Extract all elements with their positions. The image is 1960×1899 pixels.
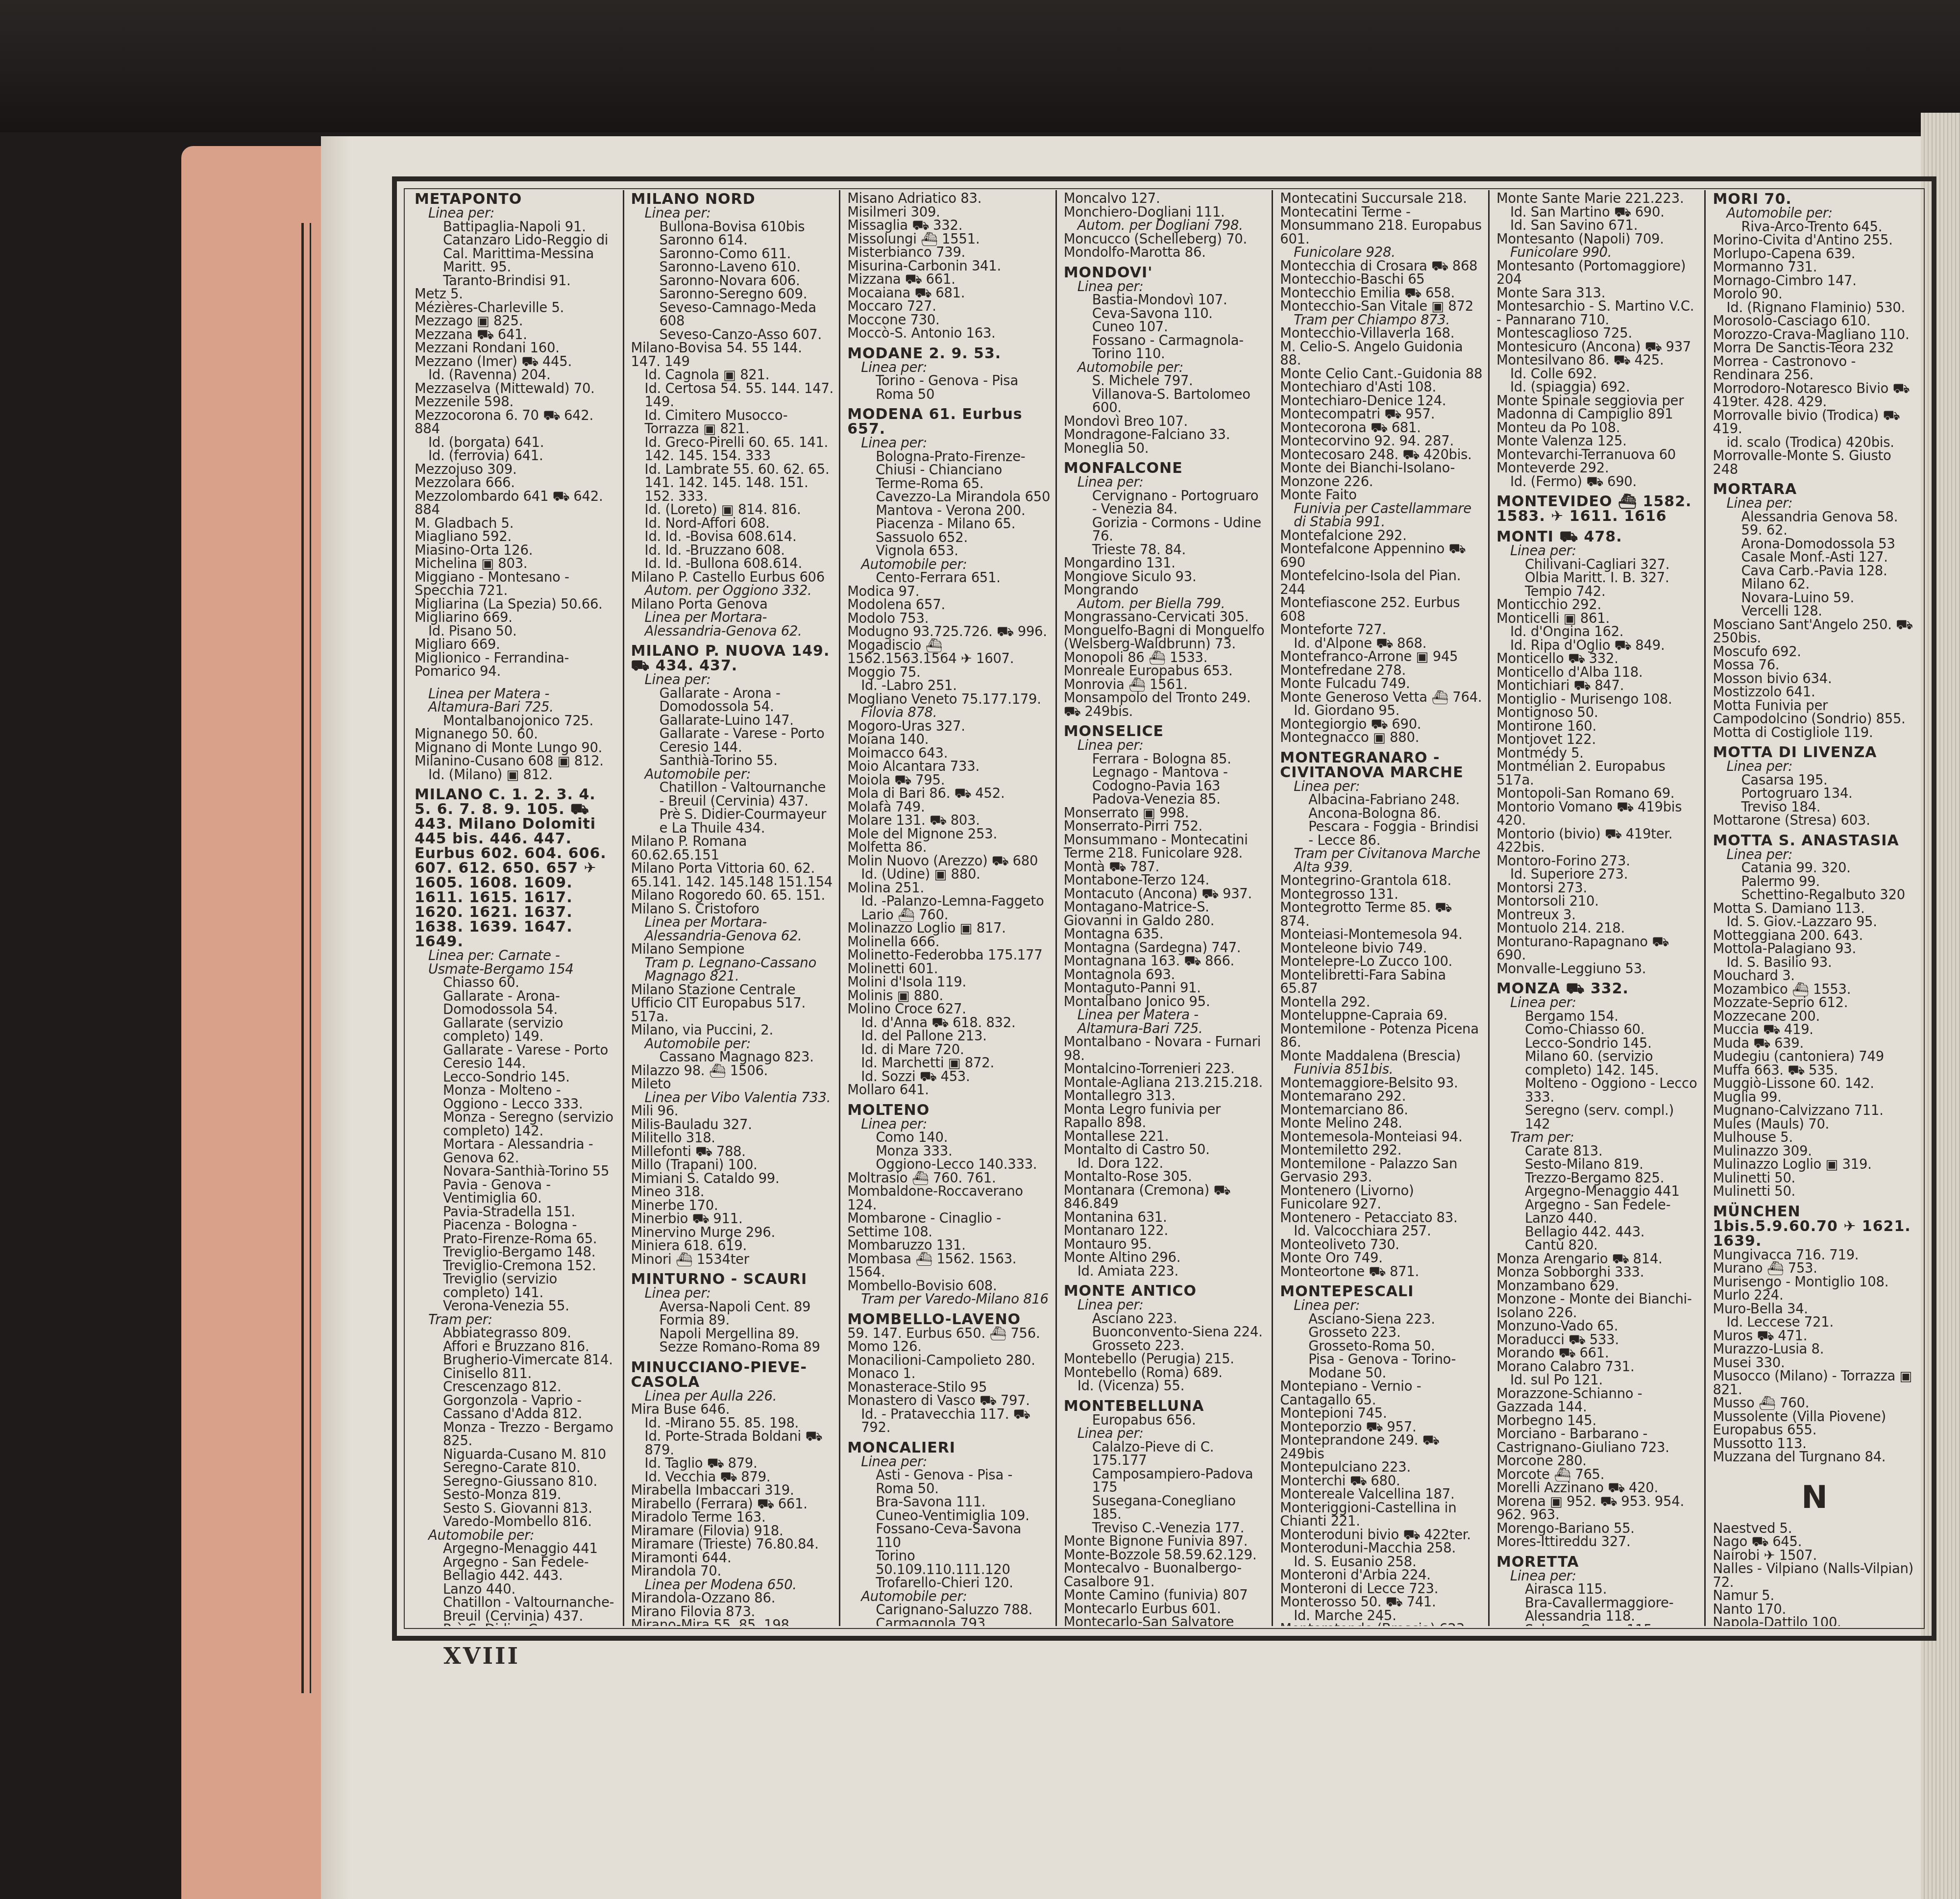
- station-entry: Miramare (Filovia) 918.: [631, 1525, 834, 1538]
- station-entry: Misilmeri 309.: [847, 206, 1051, 220]
- station-entry: Monte Fulcadu 749.: [1280, 677, 1483, 691]
- station-entry: Milano Sempione: [631, 943, 834, 957]
- station-entry: Mezzocorona 6. 70 ⛟ 642. 884: [415, 409, 618, 436]
- station-entry: Monte Sara 313.: [1496, 287, 1700, 300]
- station-entry: Montemilone - Palazzo San Gervasio 293.: [1280, 1158, 1483, 1184]
- station-entry: Montepioni 745.: [1280, 1407, 1483, 1421]
- station-entry: Montalto di Castro 50.: [1064, 1143, 1267, 1157]
- line-label: Automobile per:: [631, 1037, 834, 1051]
- station-entry: Muglia 99.: [1713, 1091, 1916, 1105]
- station-entry: Montirone 160.: [1496, 720, 1700, 734]
- station-entry: Monastero di Vasco ⛟ 797.: [847, 1394, 1051, 1408]
- station-entry: Mulinetti 50.: [1713, 1185, 1916, 1199]
- station-entry: Montopoli-San Romano 69.: [1496, 787, 1700, 801]
- station-entry: Molfetta 86.: [847, 841, 1051, 855]
- station-entry: Montemaggiore-Belsito 93.: [1280, 1077, 1483, 1090]
- station-entry: Monasterace-Stilo 95: [847, 1381, 1051, 1395]
- line-label: Linea per:: [1713, 760, 1916, 774]
- station-entry: Monsampolo del Tronto 249. ⛟ 249bis.: [1064, 691, 1267, 718]
- destination-entry: Treviglio (servizio completo) 141.: [415, 1273, 618, 1300]
- station-heading: MILANO NORD: [631, 192, 834, 207]
- id-subentry: Id. (Udine) ▣ 880.: [847, 868, 1051, 882]
- station-entry: Mirandola-Ozzano 86.: [631, 1592, 834, 1605]
- station-entry: Monvalle-Leggiuno 53.: [1496, 962, 1700, 976]
- station-entry: Mosciano Sant'Angelo 250. ⛟ 250bis.: [1713, 618, 1916, 645]
- station-entry: Militello 318.: [631, 1132, 834, 1145]
- id-subentry: Id. Certosa 54. 55. 144. 147. 149.: [631, 382, 834, 409]
- station-entry: Montemarano 292.: [1280, 1090, 1483, 1104]
- station-entry: Montanara (Cremona) ⛟ 846.849: [1064, 1184, 1267, 1211]
- destination-entry: Gallarate - Arona - Domodossola 54.: [631, 687, 834, 714]
- station-entry: Montecompatri ⛟ 957.: [1280, 408, 1483, 421]
- station-entry: Montesarchio - S. Martino V.C. - Pannara…: [1496, 300, 1700, 327]
- id-subentry: Id. Giordano 95.: [1280, 704, 1483, 718]
- station-entry: Muggiò-Lissone 60. 142.: [1713, 1077, 1916, 1091]
- line-label: Tram per:: [415, 1313, 618, 1327]
- station-entry: Molinis ▣ 880.: [847, 989, 1051, 1003]
- id-subentry: Id. -Palanzo-Lemna-Faggeto Lario ⛴ 760.: [847, 895, 1051, 922]
- id-subentry: id. scalo (Trodica) 420bis.: [1713, 436, 1916, 450]
- station-heading: MONFALCONE: [1064, 461, 1267, 476]
- station-entry: Miagliano 592.: [415, 530, 618, 544]
- station-entry: Monzambano 629.: [1496, 1280, 1700, 1293]
- line-label: Linea per Mortara-Alessandria-Genova 62.: [631, 611, 834, 638]
- id-subentry: Id. Id. -Bruzzano 608.: [631, 544, 834, 558]
- station-entry: Minerbe 170.: [631, 1199, 834, 1213]
- line-label: Linea per Matera - Altamura-Bari 725.: [415, 688, 618, 715]
- destination-entry: Saronno-Seregno 609.: [631, 288, 834, 301]
- station-entry: Montelepre-Lo Zucco 100.: [1280, 955, 1483, 969]
- station-entry: Mirano Filovia 873.: [631, 1605, 834, 1619]
- station-entry: Milano Stazione Centrale Ufficio CIT Eur…: [631, 984, 834, 1024]
- station-entry: Mezzago ▣ 825.: [415, 315, 618, 328]
- destination-entry: Abbiategrasso 809.: [415, 1327, 618, 1340]
- station-entry: Montemarciano 86.: [1280, 1104, 1483, 1117]
- line-label: Tram per:: [1496, 1131, 1700, 1145]
- station-entry: Monreale Europabus 653.: [1064, 665, 1267, 678]
- station-heading: MOLTENO: [847, 1103, 1051, 1118]
- line-label: Linea per:: [1064, 1299, 1267, 1312]
- station-entry: Misterbianco 739.: [847, 246, 1051, 260]
- id-subentry: Id. di Mare 720.: [847, 1043, 1051, 1057]
- line-label: Autom. per Oggiono 332.: [631, 584, 834, 598]
- destination-entry: Grosseto 223.: [1064, 1339, 1267, 1353]
- station-entry: Morcone 280.: [1496, 1455, 1700, 1468]
- destination-entry: Bergamo 154.: [1496, 1010, 1700, 1024]
- station-entry: Monzuno-Vado 65.: [1496, 1320, 1700, 1333]
- station-entry: Misurina-Carbonin 341.: [847, 260, 1051, 273]
- station-entry: Mole del Mignone 253.: [847, 828, 1051, 841]
- station-entry: Montoro-Forino 273.: [1496, 855, 1700, 868]
- destination-entry: Seregno (serv. compl.) 142: [1496, 1104, 1700, 1131]
- station-entry: Monterotondo (Brescia) 623: [1280, 1623, 1483, 1626]
- station-entry: Montesanto (Napoli) 709.: [1496, 233, 1700, 247]
- destination-entry: Monza - Trezzo - Bergamo 825.: [415, 1421, 618, 1448]
- station-entry: Mimiani S. Cataldo 99.: [631, 1172, 834, 1186]
- station-entry: Mollaro 641.: [847, 1084, 1051, 1097]
- station-entry: Monte Altino 296.: [1064, 1251, 1267, 1265]
- destination-entry: Grosseto-Roma 50.: [1280, 1340, 1483, 1354]
- station-entry: Montefalcione 292.: [1280, 529, 1483, 543]
- id-subentry: Id. (spiaggia) 692.: [1496, 381, 1700, 395]
- station-entry: Moltrasio ⛴ 760. 761.: [847, 1172, 1051, 1185]
- station-entry: Montanina 631.: [1064, 1211, 1267, 1225]
- destination-entry: Aversa-Napoli Cent. 89: [631, 1301, 834, 1314]
- index-columns: METAPONTOLinea per:Battipaglia-Napoli 91…: [408, 190, 1921, 1626]
- destination-entry: Catanzaro Lido-Reggio di Cal. Marittima-…: [415, 234, 618, 274]
- station-entry: Morosolo-Casciago 610.: [1713, 315, 1916, 328]
- id-subentry: Id. sul Po 121.: [1496, 1374, 1700, 1387]
- column-1: METAPONTOLinea per:Battipaglia-Napoli 91…: [408, 190, 624, 1626]
- station-entry: Monte Generoso Vetta ⛴ 764.: [1280, 691, 1483, 705]
- station-entry: Montagano-Matrice-S. Giovanni in Galdo 2…: [1064, 901, 1267, 928]
- station-entry: Montechiaro-Denice 124.: [1280, 395, 1483, 408]
- destination-entry: Carmagnola 793.: [847, 1617, 1051, 1627]
- station-entry: Molino Croce 627.: [847, 1003, 1051, 1016]
- station-entry: Monte Camino (funivia) 807: [1064, 1589, 1267, 1603]
- destination-entry: Chiasso 60.: [415, 976, 618, 990]
- destination-entry: Gorgonzola - Vaprio - Cassano d'Adda 812…: [415, 1394, 618, 1421]
- id-subentry: Id. San Savino 671.: [1496, 219, 1700, 233]
- station-heading: MINTURNO - SCAURI: [631, 1272, 834, 1287]
- station-entry: Monteleone bivio 749.: [1280, 942, 1483, 956]
- id-subentry: Id. (ferrovia) 641.: [415, 449, 618, 463]
- station-entry: Mulhouse 5.: [1713, 1131, 1916, 1145]
- line-label: Linea per:: [847, 1455, 1051, 1469]
- destination-entry: Susegana-Conegliano 185.: [1064, 1495, 1267, 1522]
- station-entry: Montecorona ⛟ 681.: [1280, 421, 1483, 435]
- destination-entry: Cavezzo-La Mirandola 650: [847, 491, 1051, 504]
- id-subentry: Id. -Labro 251.: [847, 679, 1051, 693]
- destination-entry: Trieste 78. 84.: [1064, 543, 1267, 557]
- station-entry: Morciano - Barbarano - Castrignano-Giuli…: [1496, 1428, 1700, 1455]
- id-subentry: Id. Greco-Pirelli 60. 65. 141. 142. 145.…: [631, 436, 834, 463]
- id-subentry: Id. S. Eusanio 258.: [1280, 1555, 1483, 1569]
- station-entry: Mulinetti 50.: [1713, 1172, 1916, 1185]
- station-entry: Modugno 93.725.726. ⛟ 996.: [847, 625, 1051, 639]
- station-entry: Motta di Costigliole 119.: [1713, 726, 1916, 740]
- station-entry: Montà ⛟ 787.: [1064, 861, 1267, 874]
- index-table-frame: METAPONTOLinea per:Battipaglia-Napoli 91…: [392, 176, 1936, 1641]
- destination-entry: Trofarello-Chieri 120.: [847, 1577, 1051, 1590]
- station-entry: Milano Rogoredo 60. 65. 151.: [631, 889, 834, 903]
- station-entry: Montecchio-Villaverla 168.: [1280, 327, 1483, 341]
- station-entry: Morozzo-Crava-Magliano 110.: [1713, 328, 1916, 342]
- destination-entry: Airasca 115.: [1496, 1583, 1700, 1597]
- station-entry: Monteu da Po 108.: [1496, 421, 1700, 435]
- station-entry: Montichiari ⛟ 847.: [1496, 679, 1700, 693]
- line-label: Linea per Mortara-Alessandria-Genova 62.: [631, 916, 834, 943]
- station-entry: Monte Melino 248.: [1280, 1117, 1483, 1131]
- station-entry: Montecchio-Baschi 65: [1280, 273, 1483, 287]
- station-entry: Montebello (Roma) 689.: [1064, 1366, 1267, 1380]
- destination-entry: Camposampiero-Padova 175: [1064, 1468, 1267, 1495]
- line-label: Linea per Aulla 226.: [631, 1390, 834, 1404]
- station-entry: Monrovia ⛴ 1561.: [1064, 678, 1267, 692]
- destination-entry: Cuneo-Ventimiglia 109.: [847, 1509, 1051, 1523]
- destination-entry: Molteno - Oggiono - Lecco 333.: [1496, 1077, 1700, 1104]
- station-entry: Michelina ▣ 803.: [415, 557, 618, 571]
- line-label: Autom. per Dogliani 798.: [1064, 219, 1267, 233]
- station-entry: Morlupo-Capena 639.: [1713, 247, 1916, 261]
- station-entry: Mozzecane 200.: [1713, 1010, 1916, 1024]
- station-entry: Moccaro 727.: [847, 300, 1051, 314]
- destination-entry: Monza - Seregno (servizio completo) 142.: [415, 1111, 618, 1138]
- station-heading: MORTARA: [1713, 482, 1916, 497]
- station-entry: Montorsi 273.: [1496, 882, 1700, 895]
- station-entry: Mulinazzo Loglio ▣ 319.: [1713, 1158, 1916, 1172]
- destination-entry: Olbia Maritt. I. B. 327.: [1496, 571, 1700, 585]
- station-entry: Monticello d'Alba 118.: [1496, 666, 1700, 680]
- destination-entry: Sassuolo 652.: [847, 531, 1051, 545]
- station-entry: Montauro 95.: [1064, 1238, 1267, 1252]
- destination-entry: Taranto-Brindisi 91.: [415, 274, 618, 288]
- line-label: Funivia 851bis.: [1280, 1063, 1483, 1077]
- station-entry: Morrea - Castronovo - Rendinara 256.: [1713, 355, 1916, 382]
- station-entry: Mormanno 731.: [1713, 261, 1916, 274]
- station-entry: Mondovì Breo 107.: [1064, 415, 1267, 429]
- station-entry: Montabone-Terzo 124.: [1064, 874, 1267, 888]
- destination-entry: Niguarda-Cusano M. 810: [415, 1448, 618, 1462]
- destination-entry: Formia 89.: [631, 1314, 834, 1328]
- station-entry: Montagnola 693.: [1064, 968, 1267, 982]
- id-subentry: Id. Ripa d'Oglio ⛟ 849.: [1496, 639, 1700, 653]
- station-entry: Montecchio Emilia ⛟ 658.: [1280, 287, 1483, 300]
- station-entry: Mezzani Rondani 160.: [415, 342, 618, 355]
- station-entry: Montaguto-Panni 91.: [1064, 982, 1267, 995]
- destination-entry: Grosseto 223.: [1280, 1326, 1483, 1340]
- station-entry: Mostizzolo 641.: [1713, 686, 1916, 699]
- station-entry: Molina 251.: [847, 882, 1051, 895]
- station-entry: Molafà 749.: [847, 801, 1051, 814]
- destination-entry: Carate 813.: [1496, 1145, 1700, 1159]
- id-subentry: Id. (Fermo) ⛟ 690.: [1496, 475, 1700, 489]
- station-entry: Morrovalle-Monte S. Giusto 248: [1713, 449, 1916, 476]
- station-heading: MONZA ⛟ 332.: [1496, 982, 1700, 996]
- destination-entry: Crescenzago 812.: [415, 1381, 618, 1394]
- line-label: Linea per:: [1280, 780, 1483, 794]
- station-entry: Montalto-Rose 305.: [1064, 1170, 1267, 1184]
- station-entry: Monteroni d'Arbia 224.: [1280, 1569, 1483, 1582]
- destination-entry: Treviglio-Cremona 152.: [415, 1259, 618, 1273]
- id-subentry: Id. -Mirano 55. 85. 198.: [631, 1417, 834, 1430]
- station-entry: Moscufo 692.: [1713, 645, 1916, 659]
- station-entry: Morrodoro-Notaresco Bivio ⛟ 419ter. 428.…: [1713, 382, 1916, 409]
- id-subentry: Id. Porte-Strada Boldani ⛟ 879.: [631, 1430, 834, 1457]
- line-label: Linea per Vibo Valentia 733.: [631, 1091, 834, 1105]
- station-entry: Mineo 318.: [631, 1185, 834, 1199]
- station-entry: Mili 96.: [631, 1105, 834, 1118]
- station-entry: Murano ⛴ 753.: [1713, 1262, 1916, 1276]
- dark-background: [0, 0, 1960, 132]
- station-entry: Milis-Bauladu 327.: [631, 1118, 834, 1132]
- destination-entry: Lanzo 440.: [415, 1583, 618, 1597]
- station-heading: MONCALIERI: [847, 1441, 1051, 1455]
- station-entry: Montenero (Livorno) Funicolare 927.: [1280, 1184, 1483, 1211]
- destination-entry: Villanova-S. Bartolomeo 600.: [1064, 388, 1267, 415]
- station-entry: Montefelcino-Isola del Pian. 244: [1280, 569, 1483, 596]
- page-gutter-shadow: [321, 136, 350, 1899]
- station-entry: Mombello-Bovisio 608.: [847, 1280, 1051, 1293]
- station-entry: Monteroduni-Macchia 258.: [1280, 1542, 1483, 1555]
- station-entry: Montecalvo - Buonalbergo-Casalbore 91.: [1064, 1562, 1267, 1589]
- destination-entry: Riva-Arco-Trento 645.: [1713, 221, 1916, 234]
- station-entry: Monte Valenza 125.: [1496, 435, 1700, 448]
- cover-border-rule: [301, 223, 311, 1693]
- line-label: Funicolare 928.: [1280, 246, 1483, 260]
- id-subentry: Id. d'Anna ⛟ 618. 832.: [847, 1016, 1051, 1030]
- destination-entry: Bellagio 442. 443.: [1496, 1226, 1700, 1239]
- station-entry: Monte-Bozzole 58.59.62.129.: [1064, 1549, 1267, 1562]
- destination-entry: Saronno-Como 611.: [631, 247, 834, 261]
- destination-entry: Cassano Magnago 823.: [631, 1051, 834, 1064]
- station-entry: Monza Sobborghi 333.: [1496, 1266, 1700, 1280]
- id-subentry: Id. del Pallone 213.: [847, 1030, 1051, 1043]
- station-entry: Moio Alcantara 733.: [847, 760, 1051, 774]
- destination-entry: Milano 62.: [1713, 578, 1916, 592]
- station-entry: Monteiasi-Montemesola 94.: [1280, 928, 1483, 942]
- station-entry: Moimacco 643.: [847, 747, 1051, 761]
- station-entry: Monsummano - Montecatini Terme 218. Funi…: [1064, 834, 1267, 861]
- destination-entry: Treviso 184.: [1713, 801, 1916, 814]
- station-entry: Monza Arengario ⛟ 814.: [1496, 1253, 1700, 1266]
- station-entry: Mozambico ⛴ 1553.: [1713, 983, 1916, 997]
- line-label: Automobile per:: [415, 1529, 618, 1543]
- station-entry: Montallese 221.: [1064, 1130, 1267, 1144]
- station-entry: Miniera 618. 619.: [631, 1239, 834, 1253]
- station-entry: Montagna (Sardegna) 747.: [1064, 941, 1267, 955]
- station-entry: Mores-Ittireddu 327.: [1496, 1535, 1700, 1549]
- station-entry: Montegiorgio ⛟ 690.: [1280, 718, 1483, 732]
- destination-entry: Sesto-Monza 819.: [415, 1488, 618, 1502]
- destination-entry: Pisa - Genova - Torino-Modane 50.: [1280, 1353, 1483, 1380]
- station-entry: Milano S. Cristoforo: [631, 903, 834, 916]
- destination-entry: Milano 60. (servizio completo) 142. 145.: [1496, 1050, 1700, 1077]
- destination-entry: Como 140.: [847, 1131, 1051, 1145]
- station-entry: Montuolo 214. 218.: [1496, 922, 1700, 936]
- destination-entry: Verona-Venezia 55.: [415, 1300, 618, 1313]
- column-3: Misano Adriatico 83.Misilmeri 309.Missag…: [840, 190, 1057, 1626]
- station-entry: Mossa 76.: [1713, 659, 1916, 672]
- station-entry: Molini d'Isola 119.: [847, 976, 1051, 989]
- station-entry: Milano, via Puccini, 2.: [631, 1024, 834, 1037]
- station-entry: Monteforte 727.: [1280, 623, 1483, 637]
- id-subentry: Id. Leccese 721.: [1713, 1316, 1916, 1330]
- station-entry: Montefranco-Arrone ▣ 945: [1280, 650, 1483, 664]
- destination-entry: Ancona-Bologna 86.: [1280, 807, 1483, 821]
- station-entry: Murazzo-Lusia 8.: [1713, 1343, 1916, 1356]
- destination-entry: Battipaglia-Napoli 91.: [415, 221, 618, 234]
- destination-entry: Treviglio-Bergamo 148.: [415, 1246, 618, 1259]
- destination-entry: Affori e Bruzzano 816.: [415, 1340, 618, 1354]
- destination-entry: Ceva-Savona 110.: [1064, 307, 1267, 321]
- station-entry: Moneglia 50.: [1064, 442, 1267, 456]
- station-entry: Miasino-Orta 126.: [415, 544, 618, 558]
- destination-entry: Sezze Romano-Roma 89: [631, 1341, 834, 1355]
- column-2: MILANO NORDLinea per:Bullona-Bovisa 610b…: [624, 190, 841, 1626]
- station-entry: Minervino Murge 296.: [631, 1226, 834, 1240]
- station-entry: Minori ⛴ 1534ter: [631, 1253, 834, 1267]
- destination-entry: Cava Carb.-Pavia 128.: [1713, 565, 1916, 578]
- station-heading: MONTI ⛟ 478.: [1496, 530, 1700, 544]
- station-entry: Milanino-Cusano 608 ▣ 812.: [415, 755, 618, 768]
- station-entry: Mirabella Imbaccari 319.: [631, 1484, 834, 1498]
- column-7: MORI 70.Automobile per:Riva-Arco-Trento …: [1706, 190, 1921, 1626]
- station-entry: Montreux 3.: [1496, 909, 1700, 922]
- station-entry: Moncucco (Schelleberg) 70.: [1064, 233, 1267, 247]
- station-entry: Mongrando: [1064, 584, 1267, 597]
- station-entry: Misano Adriatico 83.: [847, 192, 1051, 206]
- destination-entry: Cinisello 811.: [415, 1367, 618, 1381]
- station-entry: Montereale Valcellina 187.: [1280, 1488, 1483, 1502]
- destination-entry: Seregno-Giussano 810.: [415, 1475, 618, 1489]
- station-entry: Mola di Bari 86. ⛟ 452.: [847, 787, 1051, 801]
- station-entry: Monte Sante Marie 221.223.: [1496, 192, 1700, 206]
- destination-entry: Cantù 820.: [1496, 1239, 1700, 1253]
- destination-entry: Piacenza - Bologna - Prato-Firenze-Roma …: [415, 1219, 618, 1246]
- station-entry: Monteoliveto 730.: [1280, 1238, 1483, 1252]
- station-entry: Morino-Civita d'Antino 255.: [1713, 234, 1916, 247]
- station-entry: Monguelfo-Bagni di Monguelfo (Welsberg-W…: [1064, 624, 1267, 651]
- line-label: Tram per Varedo-Milano 816: [847, 1293, 1051, 1307]
- id-subentry: Id. d'Alpone ⛟ 868.: [1280, 637, 1483, 651]
- station-entry: Monteortone ⛟ 871.: [1280, 1265, 1483, 1279]
- destination-entry: Torino 50.109.110.111.120: [847, 1550, 1051, 1577]
- station-entry: Muzzana del Turgnano 84.: [1713, 1451, 1916, 1464]
- destination-entry: Novara-Luino 59.: [1713, 592, 1916, 605]
- line-label: Linea per Matera - Altamura-Bari 725.: [1064, 1009, 1267, 1036]
- station-entry: Monterchi ⛟ 680.: [1280, 1475, 1483, 1488]
- station-entry: Mugnano-Calvizzano 711.: [1713, 1104, 1916, 1118]
- station-entry: Mogliano Veneto 75.177.179.: [847, 693, 1051, 707]
- id-subentry: Id. Valcocchiara 257.: [1280, 1225, 1483, 1238]
- station-entry: Murlo 224.: [1713, 1289, 1916, 1303]
- station-entry: Montecarlo Eurbus 601.: [1064, 1603, 1267, 1616]
- station-entry: Montecatini Terme - Monsummano 218. Euro…: [1280, 206, 1483, 247]
- station-heading: MONTE ANTICO: [1064, 1284, 1267, 1299]
- destination-entry: Argegno-Menaggio 441: [415, 1542, 618, 1556]
- id-subentry: Id. Vecchia ⛟ 879.: [631, 1471, 834, 1484]
- destination-entry: Seregno-Carate 810.: [415, 1461, 618, 1475]
- line-label: Linea per: Carnate - Usmate-Bergamo 154: [415, 949, 618, 976]
- destination-entry: Cento-Ferrara 651.: [847, 571, 1051, 585]
- destination-entry: Novara-Santhià-Torino 55: [415, 1165, 618, 1179]
- destination-entry: Varedo-Mombello 816.: [415, 1515, 618, 1529]
- station-entry: Montemesola-Monteiasi 94.: [1280, 1131, 1483, 1144]
- station-entry: Mogadiscio ⛴ 1562.1563.1564 ✈ 1607.: [847, 639, 1051, 666]
- destination-entry: Brugherio-Vimercate 814.: [415, 1354, 618, 1367]
- destination-entry: Lecco-Sondrio 145.: [1496, 1037, 1700, 1051]
- station-entry: Montagna 635.: [1064, 928, 1267, 941]
- station-heading: MONTEBELLUNA: [1064, 1399, 1267, 1414]
- id-subentry: Id. Lambrate 55. 60. 62. 65. 141. 142. 1…: [631, 463, 834, 504]
- station-entry: Montegnacco ▣ 880.: [1280, 731, 1483, 745]
- station-entry: Mules (Mauls) 70.: [1713, 1118, 1916, 1132]
- station-entry: Montecchia di Crosara ⛟ 868: [1280, 260, 1483, 273]
- id-subentry: Id. (Ravenna) 204.: [415, 369, 618, 382]
- station-entry: Motteggiana 200. 643.: [1713, 929, 1916, 943]
- destination-entry: Santhià-Torino 55.: [631, 754, 834, 768]
- destination-entry: Asciano 223.: [1064, 1312, 1267, 1326]
- destination-entry: Bullona-Bovisa 610bis: [631, 221, 834, 234]
- station-entry: Mungivacca 716. 719.: [1713, 1249, 1916, 1262]
- station-entry: Mizzana ⛟ 661.: [847, 273, 1051, 287]
- station-entry: Montagnana 163. ⛟ 866.: [1064, 955, 1267, 968]
- destination-entry: Cervignano - Portogruaro - Venezia 84.: [1064, 490, 1267, 517]
- line-label: Tram per Civitanova Marche Alta 939.: [1280, 847, 1483, 874]
- line-label: Automobile per:: [1064, 361, 1267, 375]
- destination-entry: Gallarate - Varese - Porto Ceresio 144.: [631, 727, 834, 754]
